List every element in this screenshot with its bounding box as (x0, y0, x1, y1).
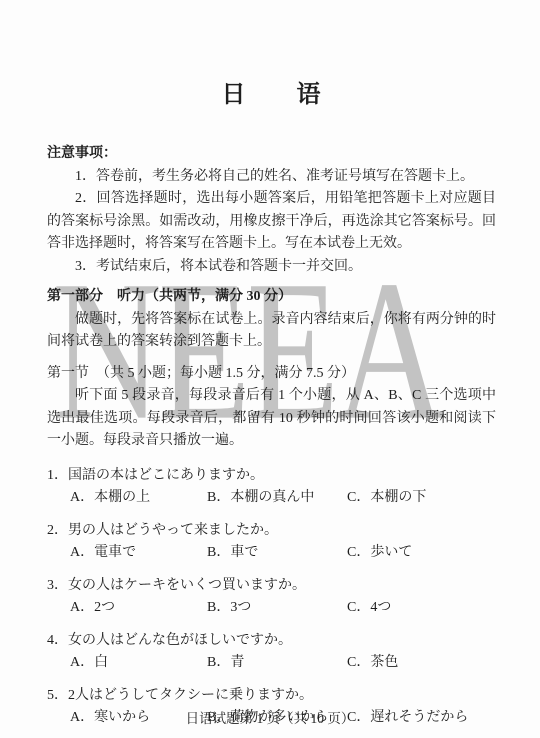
question-text: 3．女の人はケーキをいくつ買いますか。 (47, 575, 496, 598)
option-c: C．4つ (347, 597, 496, 620)
part1-heading: 第一部分 听力（共两节，满分 30 分） (47, 286, 496, 309)
option-a: A．白 (70, 652, 207, 675)
part1-intro: 做题时，先将答案标在试卷上。录音内容结束后，你将有两分钟的时间将试卷上的答案转涂… (47, 309, 496, 354)
option-a: A．2つ (70, 597, 207, 620)
option-c: C．茶色 (347, 652, 496, 675)
page-content: 日 语 注意事项： 1．答卷前，考生务必将自己的姓名、准考证号填写在答题卡上。 … (0, 0, 540, 730)
question-text: 2．男の人はどうやって来ましたか。 (47, 520, 496, 543)
question-options: A．白 B．青 C．茶色 (47, 652, 496, 675)
question-text: 1．国語の本はどこにありますか。 (47, 465, 496, 488)
option-b: B．青 (207, 652, 347, 675)
option-a: A．本棚の上 (70, 487, 207, 510)
question-options: A．本棚の上 B．本棚の真ん中 C．本棚の下 (47, 487, 496, 510)
section1-heading: 第一节 （共 5 小题；每小题 1.5 分，满分 7.5 分） (47, 363, 496, 386)
question-1: 1．国語の本はどこにありますか。 A．本棚の上 B．本棚の真ん中 C．本棚の下 (47, 465, 496, 510)
option-b: B．本棚の真ん中 (207, 487, 347, 510)
question-text: 4．女の人はどんな色がほしいですか。 (47, 630, 496, 653)
section1-intro: 听下面 5 段录音，每段录音后有 1 个小题，从 A、B、C 三个选项中选出最佳… (47, 385, 496, 453)
option-a: A．電車で (70, 542, 207, 565)
option-b: B．車で (207, 542, 347, 565)
page-footer: 日语试题第 1 页（共 10 页） (0, 709, 540, 728)
question-3: 3．女の人はケーキをいくつ買いますか。 A．2つ B．3つ C．4つ (47, 575, 496, 620)
notice-item-3: 3．考试结束后，将本试卷和答题卡一并交回。 (47, 256, 496, 279)
exam-paper-page: NEEA 日 语 注意事项： 1．答卷前，考生务必将自己的姓名、准考证号填写在答… (0, 0, 540, 738)
notice-item-2: 2．回答选择题时，选出每小题答案后，用铅笔把答题卡上对应题目的答案标号涂黑。如需… (47, 188, 496, 256)
question-2: 2．男の人はどうやって来ましたか。 A．電車で B．車で C．歩いて (47, 520, 496, 565)
page-title: 日 语 (47, 0, 496, 110)
option-c: C．本棚の下 (347, 487, 496, 510)
notice-item-1: 1．答卷前，考生务必将自己的姓名、准考证号填写在答题卡上。 (47, 166, 496, 189)
question-options: A．電車で B．車で C．歩いて (47, 542, 496, 565)
question-options: A．2つ B．3つ C．4つ (47, 597, 496, 620)
part1-section: 第一部分 听力（共两节，满分 30 分） 做题时，先将答案标在试卷上。录音内容结… (47, 286, 496, 453)
option-c: C．歩いて (347, 542, 496, 565)
notice-section: 注意事项： 1．答卷前，考生务必将自己的姓名、准考证号填写在答题卡上。 2．回答… (47, 143, 496, 278)
question-text: 5．2人はどうしてタクシーに乗りますか。 (47, 685, 496, 708)
question-4: 4．女の人はどんな色がほしいですか。 A．白 B．青 C．茶色 (47, 630, 496, 675)
option-b: B．3つ (207, 597, 347, 620)
notice-heading: 注意事项： (47, 143, 496, 166)
